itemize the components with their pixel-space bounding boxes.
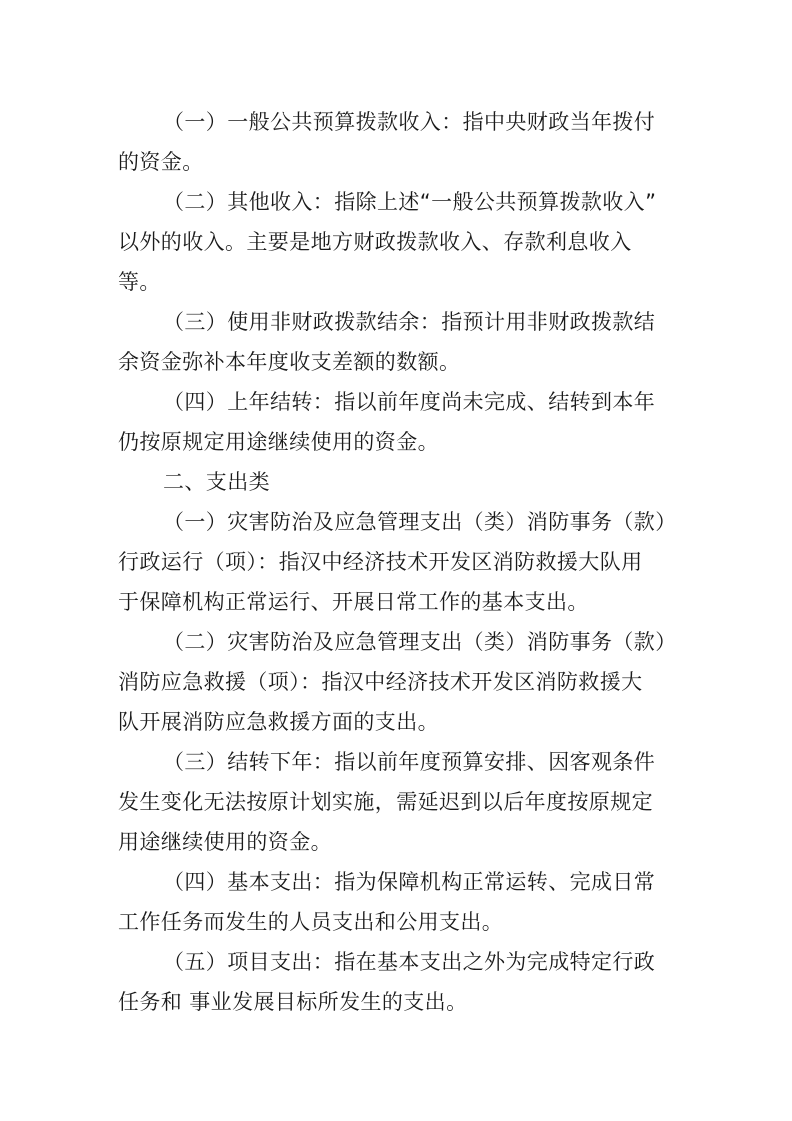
- text-line-expense-5: （五）项目支出：指在基本支出之外为完成特定行政: [163, 942, 655, 982]
- text-line-expense-1: （一）灾害防治及应急管理支出（类）消防事务（款）: [163, 502, 677, 542]
- text-line-income-3: （三）使用非财政拨款结余：指预计用非财政拨款结: [163, 302, 655, 342]
- text-line-expense-3-cont: 发生变化无法按原计划实施，需延迟到以后年度按原规定: [118, 782, 653, 822]
- text-line-expense-2: （二）灾害防治及应急管理支出（类）消防事务（款）: [163, 622, 677, 662]
- text-line-expense-3: （三）结转下年：指以前年度预算安排、因客观条件: [163, 742, 655, 782]
- text-line-income-4-cont: 仍按原规定用途继续使用的资金。: [118, 422, 439, 462]
- text-line-expense-1-cont2: 于保障机构正常运行、开展日常工作的基本支出。: [118, 582, 589, 622]
- text-line-income-2: （二）其他收入：指除上述“一般公共预算拨款收入”: [163, 182, 656, 222]
- text-line-income-3-cont: 余资金弥补本年度收支差额的数额。: [118, 342, 460, 382]
- text-line-expense-2-cont: 消防应急救援（项）：指汉中经济技术开发区消防救援大: [118, 662, 643, 702]
- document-page: （一）一般公共预算拨款收入：指中央财政当年拨付 的资金。 （二）其他收入：指除上…: [0, 0, 792, 1121]
- text-line-expense-1-cont: 行政运行（项）：指汉中经济技术开发区消防救援大队用: [118, 542, 643, 582]
- text-line-income-2-cont2: 等。: [118, 262, 161, 302]
- text-line-expense-5-cont: 任务和 事业发展目标所发生的支出。: [118, 982, 467, 1022]
- text-line-expense-2-cont2: 队开展消防应急救援方面的支出。: [118, 702, 439, 742]
- text-line-income-4: （四）上年结转：指以前年度尚未完成、结转到本年: [163, 382, 655, 422]
- text-line-expense-3-cont2: 用途继续使用的资金。: [118, 822, 332, 862]
- text-line-income-1-cont: 的资金。: [118, 142, 204, 182]
- text-line-expense-4: （四）基本支出：指为保障机构正常运转、完成日常: [163, 862, 655, 902]
- section-heading-expenditure: 二、支出类: [163, 462, 270, 502]
- text-line-income-2-cont: 以外的收入。主要是地方财政拨款收入、存款利息收入: [118, 222, 632, 262]
- text-line-income-1: （一）一般公共预算拨款收入：指中央财政当年拨付: [163, 102, 655, 142]
- text-line-expense-4-cont: 工作任务而发生的人员支出和公用支出。: [118, 902, 503, 942]
